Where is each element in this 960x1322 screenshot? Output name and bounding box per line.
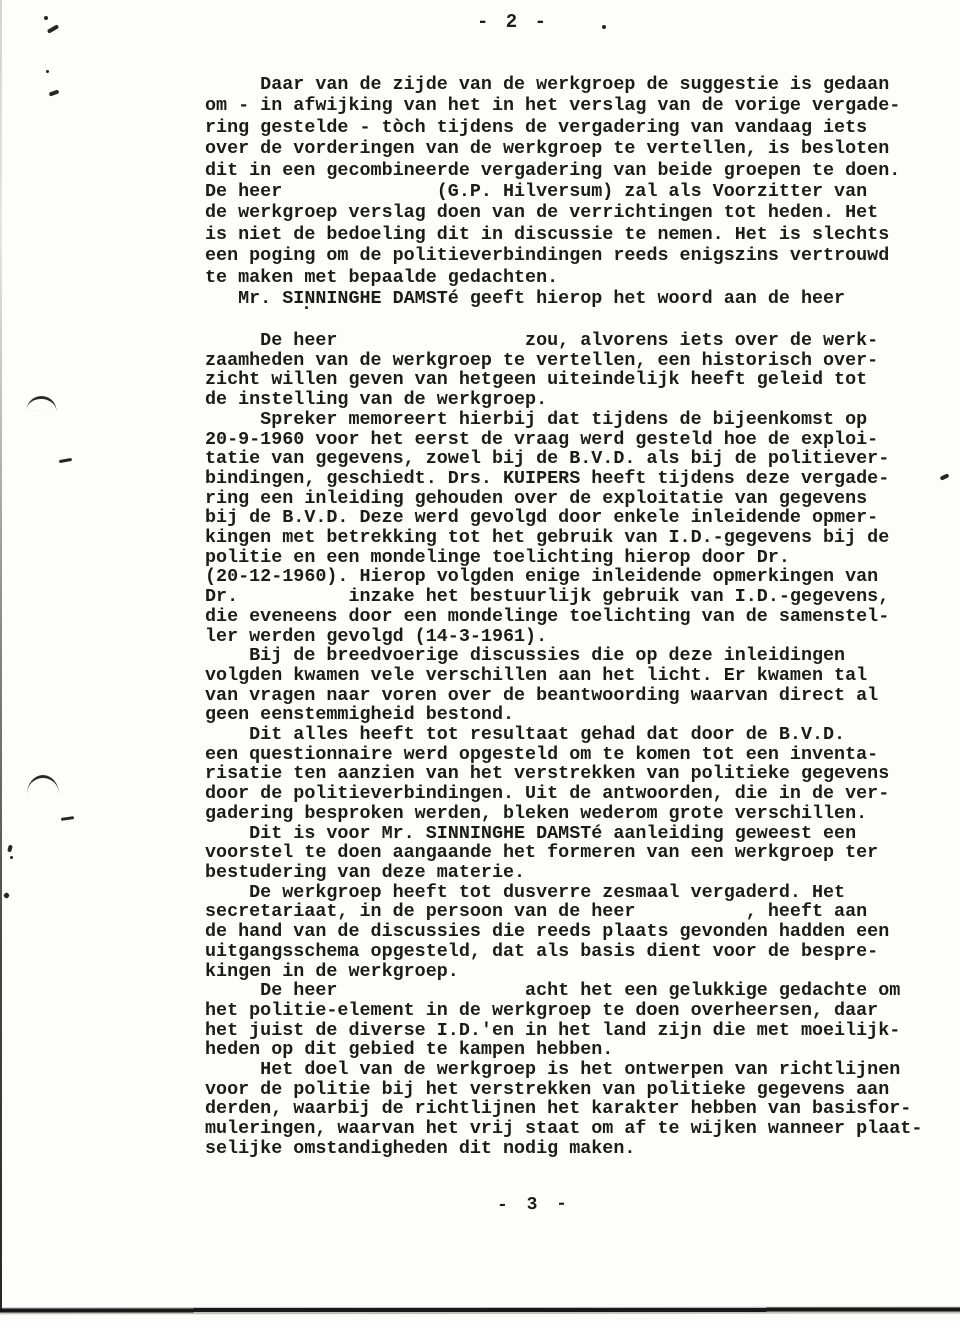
text-line: ring een inleiding gehouden over de expl… [205, 489, 922, 509]
text-line: (20-12-1960). Hierop volgden enige inlei… [205, 567, 922, 587]
text-line: kingen in de werkgroep. [205, 962, 922, 982]
text-line: zicht willen geven van hetgeen uiteindel… [205, 370, 922, 390]
text-line: secretariaat, in de persoon van de heer … [205, 902, 922, 922]
text-line: bestudering van deze materie. [205, 863, 922, 883]
text-line: tatie van gegevens, zowel bij de B.V.D. … [205, 449, 922, 469]
text-line: te maken met bepaalde gedachten. [205, 267, 900, 288]
handwritten-mark [27, 395, 58, 412]
text-line: de instelling van de werkgroep. [205, 390, 922, 410]
handwritten-mark [46, 70, 49, 73]
handwritten-mark [59, 458, 72, 463]
text-line: een questionnaire werd opgesteld om te k… [205, 745, 922, 765]
text-line: het politie-element in de werkgroep te d… [205, 1001, 922, 1021]
paragraph-1: Daar van de zijde van de werkgroep de su… [205, 74, 900, 309]
text-line: heden op dit gebied te kampen hebben. [205, 1040, 922, 1060]
text-line: die eveneens door een mondelinge toelich… [205, 607, 922, 627]
page-number-header: - 2 - [477, 11, 549, 33]
text-line: 20-9-1960 voor het eerst de vraag werd g… [205, 430, 922, 450]
scan-edge-bottom [0, 1307, 960, 1315]
text-line: zaamheden van de werkgroep te vertellen,… [205, 351, 922, 371]
handwritten-mark [47, 24, 59, 33]
text-line: gadering besproken werden, bleken wedero… [205, 804, 922, 824]
handwritten-mark [3, 892, 10, 899]
text-line: door de politieverbindingen. Uit de antw… [205, 784, 922, 804]
text-line: de werkgroep verslag doen van de verrich… [205, 202, 900, 223]
text-line: over de vorderingen van de werkgroep te … [205, 138, 900, 159]
text-line: Bij de breedvoerige discussies die op de… [205, 646, 922, 666]
text-line: muleringen, waarvan het vrij staat om af… [205, 1119, 922, 1139]
page-number-footer: - 3 - [497, 1194, 571, 1216]
text-line: bij de B.V.D. Deze werd gevolgd door enk… [205, 508, 922, 528]
handwritten-mark [61, 816, 74, 821]
handwritten-mark [44, 16, 48, 20]
text-line: kingen met betrekking tot het gebruik va… [205, 528, 922, 548]
text-line: De heer (G.P. Hilversum) zal als Voorzit… [205, 181, 900, 202]
handwritten-mark [27, 775, 59, 794]
text-line: De heer acht het een gelukkige gedachte … [205, 981, 922, 1001]
text-line: volgden kwamen vele verschillen aan het … [205, 666, 922, 686]
text-line: Spreker memoreert hierbij dat tijdens de… [205, 410, 922, 430]
handwritten-mark [602, 25, 606, 29]
scanned-document-page: - 2 - Daar van de zijde van de werkgroep… [0, 0, 960, 1322]
text-line: Dr. inzake het bestuurlijk gebruik van I… [205, 587, 922, 607]
text-line: dit in een gecombineerde vergadering van… [205, 160, 900, 181]
text-line: het juist de diverse I.D.'en in het land… [205, 1021, 922, 1041]
text-line: uitgangsschema opgesteld, dat als basis … [205, 942, 922, 962]
text-line: Dit alles heeft tot resultaat gehad dat … [205, 725, 922, 745]
text-line: De werkgroep heeft tot dusverre zesmaal … [205, 883, 922, 903]
text-line: ler werden gevolgd (14-3-1961). [205, 627, 922, 647]
text-line: is niet de bedoeling dit in discussie te… [205, 224, 900, 245]
scan-edge-left [0, 0, 2, 1310]
text-line: Dit is voor Mr. SINNINGHE DAMSTé aanleid… [205, 824, 922, 844]
stray-period: . [301, 294, 312, 315]
text-line: geen eenstemmigheid bestond. [205, 705, 922, 725]
text-line: bindingen, geschiedt. Drs. KUIPERS heeft… [205, 469, 922, 489]
text-line: voor de politie bij het verstrekken van … [205, 1080, 922, 1100]
handwritten-mark [7, 845, 13, 853]
text-line: selijke omstandigheden dit nodig maken. [205, 1139, 922, 1159]
handwritten-mark [10, 856, 13, 859]
text-line: Daar van de zijde van de werkgroep de su… [205, 74, 900, 95]
handwritten-mark [940, 473, 950, 480]
text-line: een poging om de politieverbindingen ree… [205, 245, 900, 266]
paragraph-2: De heer zou, alvorens iets over de werk-… [205, 331, 922, 1159]
text-line: ring gestelde - tòch tijdens de vergader… [205, 117, 900, 138]
text-line: de hand van de discussies die reeds plaa… [205, 922, 922, 942]
text-line: De heer zou, alvorens iets over de werk- [205, 331, 922, 351]
text-line: Het doel van de werkgroep is het ontwerp… [205, 1060, 922, 1080]
text-line: derden, waarbij de richtlijnen het karak… [205, 1099, 922, 1119]
text-line: om - in afwijking van het in het verslag… [205, 95, 900, 116]
text-line: voorstel te doen aangaande het formeren … [205, 843, 922, 863]
text-line: politie en een mondelinge toelichting hi… [205, 548, 922, 568]
handwritten-mark [49, 89, 60, 96]
text-line: van vragen naar voren over de beantwoord… [205, 686, 922, 706]
text-line: risatie ten aanzien van het verstrekken … [205, 764, 922, 784]
